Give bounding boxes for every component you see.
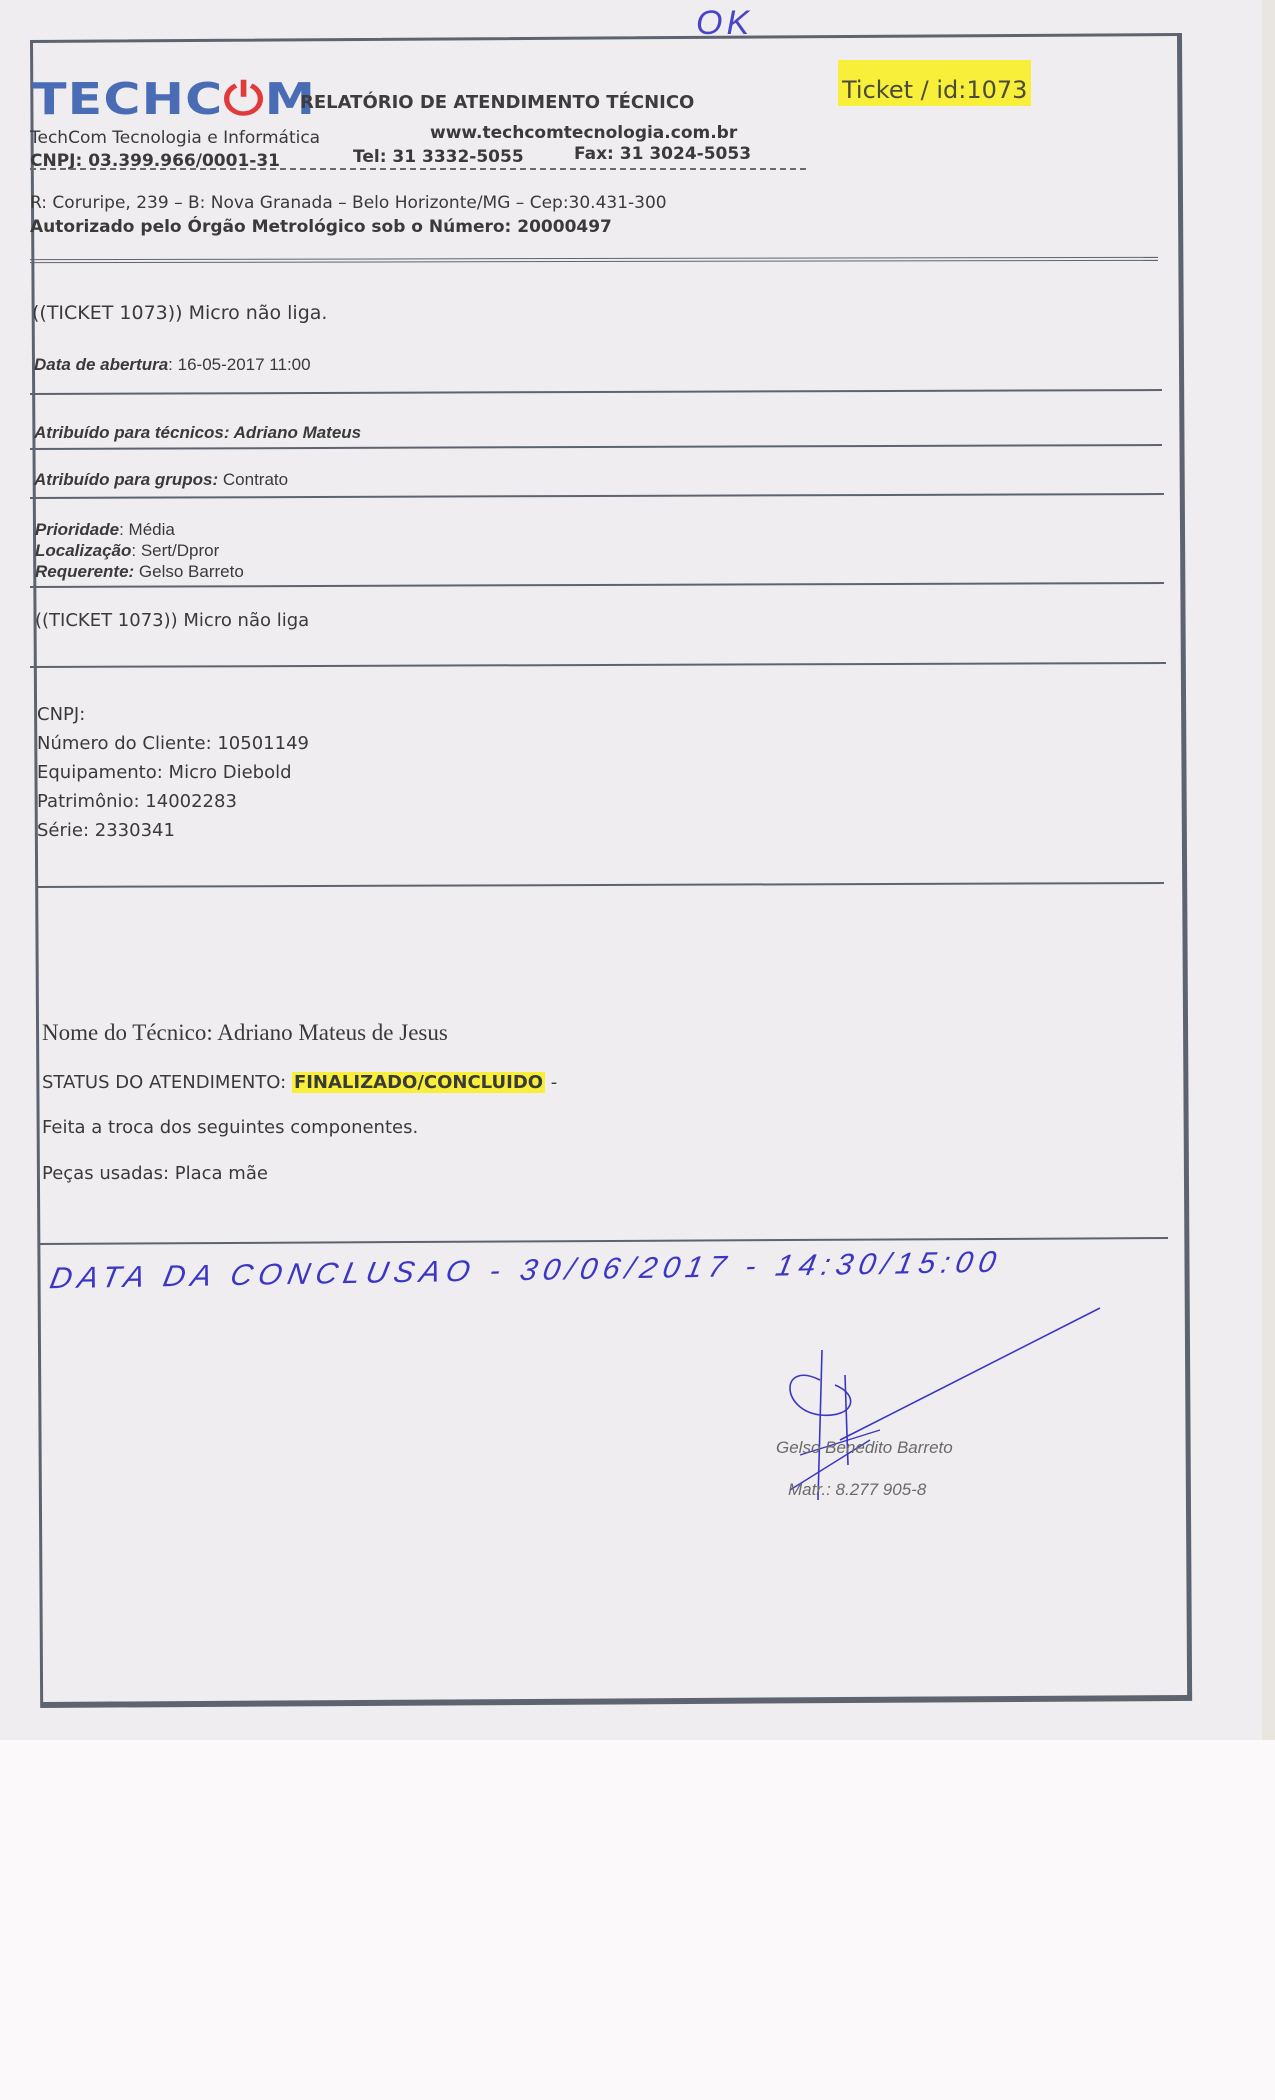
opening-date-label: Data de abertura [34,355,168,374]
dashed-divider [30,168,806,170]
client-cnpj: CNPJ: [37,700,309,729]
client-info: CNPJ: Número do Cliente: 10501149 Equipa… [37,700,309,845]
ticket-id-badge: Ticket / id:1073 [838,60,1031,106]
scanner-edge [1262,0,1275,1740]
opening-date-value: : 16-05-2017 11:00 [168,355,310,374]
opening-date: Data de abertura: 16-05-2017 11:00 [34,355,311,375]
company-name: TechCom Tecnologia e Informática [30,128,320,148]
assigned-groups-label: Atribuído para grupos: [34,470,218,489]
authorization-number: Autorizado pelo Órgão Metrológico sob o … [30,217,612,237]
company-fax: Fax: 31 3024-5053 [574,144,751,164]
priority-label: Prioridade [35,520,119,539]
power-icon: ⏻ [223,74,264,125]
status-badge: FINALIZADO/CONCLUIDO [292,1072,545,1093]
assigned-groups-value: Contrato [218,470,288,489]
ticket-description: ((TICKET 1073)) Micro não liga [35,610,309,631]
requester: Requerente: Gelso Barreto [35,561,244,582]
technician-name: Nome do Técnico: Adriano Mateus de Jesus [42,1020,448,1046]
status-suffix: - [545,1072,557,1093]
ticket-details: Prioridade: Média Localização: Sert/Dpro… [35,519,244,582]
assigned-technicians: Atribuído para técnicos: Adriano Mateus [34,423,361,443]
equipment: Equipamento: Micro Diebold [37,758,309,787]
location-value: : Sert/Dpror [131,541,219,560]
stamp-registration: Matr.: 8.277 905-8 [788,1480,926,1500]
status-label: STATUS DO ATENDIMENTO: [42,1072,292,1093]
ticket-title: ((TICKET 1073)) Micro não liga. [32,302,327,324]
company-address: R: Coruripe, 239 – B: Nova Granada – Bel… [30,193,667,213]
priority: Prioridade: Média [35,519,244,540]
requester-label: Requerente: [35,562,134,581]
company-tel: Tel: 31 3332-5055 [353,147,524,167]
requester-value: Gelso Barreto [134,562,244,581]
stamp-name: Gelso Benedito Barreto [776,1438,953,1458]
assigned-groups: Atribuído para grupos: Contrato [34,470,288,490]
report-title: RELATÓRIO DE ATENDIMENTO TÉCNICO [300,92,694,113]
client-number: Número do Cliente: 10501149 [37,729,309,758]
logo-text: TECHC [32,74,223,125]
service-status: STATUS DO ATENDIMENTO: FINALIZADO/CONCLU… [42,1072,557,1093]
location: Localização: Sert/Dpror [35,540,244,561]
location-label: Localização [35,541,131,560]
parts-used: Peças usadas: Placa mãe [42,1163,268,1184]
techcom-logo: TECHC⏻M [32,74,316,125]
work-done: Feita a troca dos seguintes componentes. [42,1117,418,1138]
patrimony: Patrimônio: 14002283 [37,787,309,816]
company-website: www.techcomtecnologia.com.br [430,123,737,143]
priority-value: : Média [119,520,175,539]
serial-number: Série: 2330341 [37,816,309,845]
